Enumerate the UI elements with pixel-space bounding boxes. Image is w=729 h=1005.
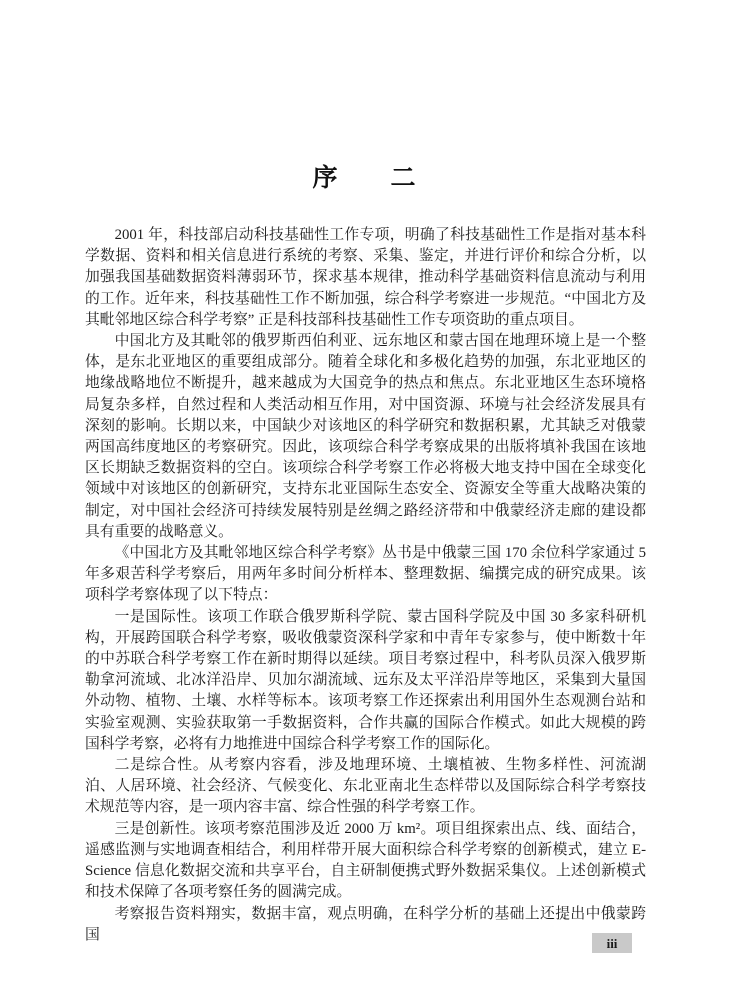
paragraph-5: 二是综合性。从考察内容看，涉及地理环境、土壤植被、生物多样性、河流湖泊、人居环境… xyxy=(85,755,646,819)
preface-body: 2001 年，科技部启动科技基础性工作专项，明确了科技基础性工作是指对基本科学数… xyxy=(85,225,646,946)
page-number: iii xyxy=(607,937,618,950)
paragraph-3: 《中国北方及其毗邻地区综合科学考察》丛书是中俄蒙三国 170 余位科学家通过 5… xyxy=(85,543,646,607)
paragraph-1: 2001 年，科技部启动科技基础性工作专项，明确了科技基础性工作是指对基本科学数… xyxy=(85,225,646,331)
paragraph-6: 三是创新性。该项考察范围涉及近 2000 万 km²。项目组探索出点、线、面结合… xyxy=(85,819,646,904)
paragraph-7: 考察报告资料翔实，数据丰富，观点明确，在科学分析的基础上还提出中俄蒙跨国 xyxy=(85,904,646,946)
paragraph-4: 一是国际性。该项工作联合俄罗斯科学院、蒙古国科学院及中国 30 多家科研机构，开… xyxy=(85,607,646,755)
page-number-badge: iii xyxy=(592,933,632,953)
book-page: 序 二 2001 年，科技部启动科技基础性工作专项，明确了科技基础性工作是指对基… xyxy=(0,0,729,1005)
paragraph-2: 中国北方及其毗邻的俄罗斯西伯利亚、远东地区和蒙古国在地理环境上是一个整体，是东北… xyxy=(85,331,646,543)
page-title: 序 二 xyxy=(0,160,729,196)
